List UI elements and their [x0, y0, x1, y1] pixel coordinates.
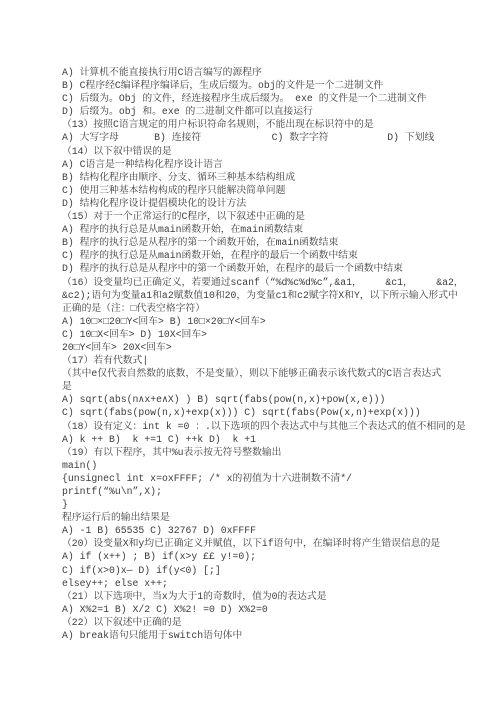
- text-line: C) sqrt(fabs(pow(n,x)+exp(x))) C) sqrt(f…: [62, 406, 482, 419]
- text-line: C) 程序的执行总是从main函数开始，在程序的最后一个函数中结束: [62, 249, 482, 262]
- text-line: （18）设有定义：int k =0 ：.以下选项的四个表达式中与其他三个表达式的…: [62, 420, 482, 433]
- text-line: （22）以下叙述中正确的是: [62, 616, 482, 629]
- text-line: &c2);语句为变量a1和a2赋数值10和20，为变量c1和c2赋字符X和Y，以…: [62, 289, 482, 302]
- text-line: A) -1 B) 65535 C) 32767 D) 0xFFFF: [62, 524, 482, 537]
- text-line: A) if (x++) ; B) if(x>y ££ y!=0);: [62, 550, 482, 563]
- text-line: C) 10□X<回车> D) 10X<回车>: [62, 328, 482, 341]
- exam-document: A) 计算机不能直接执行用C语言编写的源程序B) C程序经C编译程序编译后，生成…: [62, 66, 482, 642]
- text-line: C) 后缀为。Obj 的文件，经连接程序生成后缀为。 exe 的文件是一个二进制…: [62, 92, 482, 105]
- text-line: 是: [62, 380, 482, 393]
- text-line: B) 程序的执行总是从程序的第一个函数开始，在main函数结束: [62, 236, 482, 249]
- text-line: （19）有以下程序，其中%u表示按无符号整数输出: [62, 446, 482, 459]
- text-line: （21）以下选项中，当x为大于1的奇数时，值为0的表达式是: [62, 590, 482, 603]
- text-line: （其中e仅代表自然数的底数，不是变量），则以下能够正确表示该代数式的C语言表达式: [62, 367, 482, 380]
- text-line: D) 后缀为。obj 和。exe 的二进制文件都可以直接运行: [62, 105, 482, 118]
- text-line: B) 结构化程序由顺序、分支、循环三种基本结构组成: [62, 171, 482, 184]
- text-line: printf(“%u\n”,X);: [62, 485, 482, 498]
- text-line: A) C语言是一种结构化程序设计语言: [62, 158, 482, 171]
- text-line: A) X%2=1 B) X/2 C) X%2! =0 D) X%2=0: [62, 603, 482, 616]
- text-line: （14）以下叙中错误的是: [62, 145, 482, 158]
- text-line: A) 计算机不能直接执行用C语言编写的源程序: [62, 66, 482, 79]
- text-line: A) break语句只能用于switch语句体中: [62, 629, 482, 642]
- text-line: 20□Y<回车> 20X<回车>: [62, 341, 482, 354]
- text-line: A) 程序的执行总是从main函数开始，在main函数结束: [62, 223, 482, 236]
- text-line: {unsignecl int x=oxFFFF; /* x的初值为十六进制数不清…: [62, 472, 482, 485]
- text-line: }: [62, 498, 482, 511]
- text-line: A) k ++ B) k +=1 C) ++k D) k +1: [62, 433, 482, 446]
- text-line: （16）设变量均已正确定义，若要通过scanf（“%d%c%d%c”,&a1， …: [62, 276, 482, 289]
- text-line: 程序运行后的输出结果是: [62, 511, 482, 524]
- text-line: （13）按照C语言规定的用户标识符命名规则，不能出现在标识符中的是: [62, 118, 482, 131]
- text-line: A) 大写字母 B) 连接符 C) 数字字符 D) 下划线: [62, 131, 482, 144]
- text-line: A) sqrt(abs(n∧x+e∧X) ) B) sqrt(fabs(pow(…: [62, 393, 482, 406]
- text-line: C) if(x>0)x— D) if(y<0) [;]: [62, 564, 482, 577]
- text-line: C) 使用三种基本结构构成的程序只能解决简单问题: [62, 184, 482, 197]
- text-line: elsey++; else x++;: [62, 577, 482, 590]
- text-line: B) C程序经C编译程序编译后，生成后缀为。obj的文件是一个二进制文件: [62, 79, 482, 92]
- text-line: （15）对于一个正常运行的C程序，以下叙述中正确的是: [62, 210, 482, 223]
- text-line: D) 结构化程序设计提倡模块化的设计方法: [62, 197, 482, 210]
- text-line: （20）设变量X和y均已正确定义并赋值，以下if语句中，在编译时将产生错误信息的…: [62, 537, 482, 550]
- text-line: main(): [62, 459, 482, 472]
- text-line: D) 程序的执行总是从程序中的第一个函数开始，在程序的最后一个函数中结束: [62, 262, 482, 275]
- text-line: （17）若有代数式|: [62, 354, 482, 367]
- text-line: 正确的是（注：□代表空格字符）: [62, 302, 482, 315]
- text-line: A) 10□×□20□Y<回车> B) 10□×20□Y<回车>: [62, 315, 482, 328]
